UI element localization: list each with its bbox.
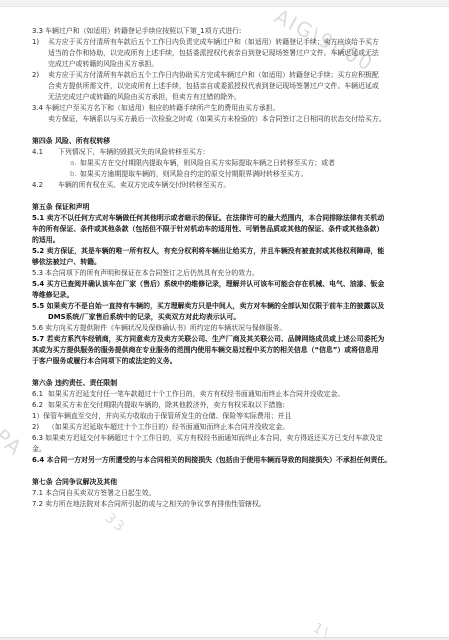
- clause-3-3-option-2: 2)卖方应于买方付清所有车款后五个工作日内协助买方完成车辆过户和（如适用）转籍登…: [32, 70, 422, 81]
- clause-5-1-cont: 车的所有保证、条件或其他条款（包括但不限于针对机动车的适用性、可销售品质或其他的…: [32, 224, 422, 235]
- clause-3-3-option-1-cont: 完成过户或转籍的风险由买方承担。: [32, 59, 422, 70]
- clause-6-2: 6.2如果买方未在交付期限内提取车辆的，除其他救济外，卖方有权采取以下措施:: [32, 400, 422, 411]
- clause-7-2: 7.2 卖方所在地法院对本合同所引起的或与之相关的争议享有排他性管辖权。: [32, 499, 422, 510]
- list-number: 1): [32, 37, 48, 48]
- clause-3-4-cont: 卖方保证，车辆系以与买方最后一次检验之时或（如果买方未检验的）本合同签订之日相同…: [32, 114, 422, 125]
- clause-6-3: 6.3 如果卖方迟延交付车辆超过十个工作日的，买方有权经书面通知而终止本合同，卖…: [32, 433, 422, 444]
- clause-5-5: 5.5 如果卖方不是自始一直持有车辆的，买方理解卖方只是中间人，卖方对车辆的全部…: [32, 301, 422, 312]
- clause-5-1-cont: 的适用。: [32, 235, 422, 246]
- clause-6-4: 6.4 本合同一方对另一方所遭受的与本合同相关的间接损失（包括由于使用车辆而导致…: [32, 455, 422, 466]
- clause-6-3-cont: 金。: [32, 444, 422, 455]
- clause-5-6: 5.6 卖方向买方提供附件《车辆状况及保修确认书》所约定的车辆状况与保修服务。: [32, 323, 422, 334]
- clause-5-3: 5.3 本合同项下的所有声明和保证在本合同签订之后仍然具有充分的效力。: [32, 268, 422, 279]
- watermark-left: PA: [0, 424, 28, 461]
- clause-3-3-option-1: 1)买方应于买方付清所有车款后五个工作日内负责完成车辆过户和（如适用）转籍登记手…: [32, 37, 422, 48]
- clause-5-1: 5.1 卖方不以任何方式对车辆做任何其他明示或者暗示的保证。在法律许可的最大范围…: [32, 213, 422, 224]
- clause-6-1: 6.1如果买方迟延支付任一笔车款超过十个工作日的，卖方有权经书面通知而终止本合同…: [32, 389, 422, 400]
- clause-5-4: 5.4 买方已查阅并确认该车在厂家（售后）系统中的维修记录，理解并认可该车可能会…: [32, 279, 422, 290]
- clause-5-2-cont: 够依法被过户、转籍。: [32, 257, 422, 268]
- section-7-heading: 第七条 合同争议解决及其他: [32, 477, 422, 488]
- clause-5-5-cont: DMS系统/厂家售后系统中的记录，买卖双方对此均表示认可。: [32, 312, 422, 323]
- clause-5-2: 5.2 卖方保证，其是车辆的唯一所有权人，有充分权利将车辆出让给买方，并且车辆没…: [32, 246, 422, 257]
- section-6-heading: 第六条 违约责任、责任限制: [32, 378, 422, 389]
- document-page: AIG\9000 PA 33 1\ 3.3 车辆过户和（如适用）转籍登记手续应按…: [0, 0, 449, 640]
- clause-4-1-a: a.如果买方在交付期限内提取车辆，则风险自买方实际提取车辆之日转移至买方；或者: [32, 158, 422, 169]
- contract-body: 3.3 车辆过户和（如适用）转籍登记手续应按照以下第_1项方式进行: 1)买方应…: [32, 26, 422, 510]
- watermark-middle: 33: [102, 510, 129, 536]
- clause-5-4-cont: 等维修记录。: [32, 290, 422, 301]
- list-number: 2): [32, 70, 48, 81]
- section-4-heading: 第四条 风险、所有权转移: [32, 136, 422, 147]
- clause-4-1-b: b.如果买方逾期提取车辆的，则风险自约定的原交付期限界满时转移至买方。: [32, 169, 422, 180]
- clause-5-7-cont: 于客户服务或履行本合同项下的或法定的义务。: [32, 356, 422, 367]
- clause-3-3-option-2-cont: 无法完成过户或转籍的风险由买方承担，但卖方有过错的除外。: [32, 92, 422, 103]
- page-top-edge: [0, 0, 449, 7]
- clause-6-2-measure-2: 2)（如果买方迟延取车超过十个工作日的）经书面通知而终止本合同并没收定金。: [32, 422, 422, 433]
- clause-7-1: 7.1 本合同自买卖双方签署之日起生效。: [32, 488, 422, 499]
- section-5-heading: 第五条 保证和声明: [32, 202, 422, 213]
- clause-3-3-option-2-cont: 合卖方提供所需文件，以完成所有上述手续，包括亲自或委派授权代表到登记现场签署过户…: [32, 81, 422, 92]
- clause-3-3-option-1-cont: 适当的合作和协助，以完成所有上述手续，包括委派授权代表亲自到登记现场签署过户文件…: [32, 48, 422, 59]
- clause-5-7: 5.7 若卖方系汽车经销商，买方同意卖方及卖方关联公司、生产厂商及其关联公司、品…: [32, 334, 422, 345]
- clause-6-2-measure-1: 1）保管车辆直至交付，并向买方收取由于保管所发生的仓储、保险等实际费用；并且: [32, 411, 422, 422]
- clause-3-3: 3.3 车辆过户和（如适用）转籍登记手续应按照以下第_1项方式进行:: [32, 26, 422, 37]
- clause-4-1: 4.1下列情况下，车辆的毁损灭失的风险转移至买方:: [32, 147, 422, 158]
- clause-5-7-cont: 其或为买方提供服务的服务提供商在专业服务的范围内使用车辆交易过程中买方的相关信息…: [32, 345, 422, 356]
- clause-4-2: 4.2车辆的所有权在买、卖双方完成车辆交付时转移至买方。: [32, 180, 422, 191]
- clause-3-4: 3.4 车辆过户至买方名下和（如适用）相应的转籍手续所产生的费用由买方承担。: [32, 103, 422, 114]
